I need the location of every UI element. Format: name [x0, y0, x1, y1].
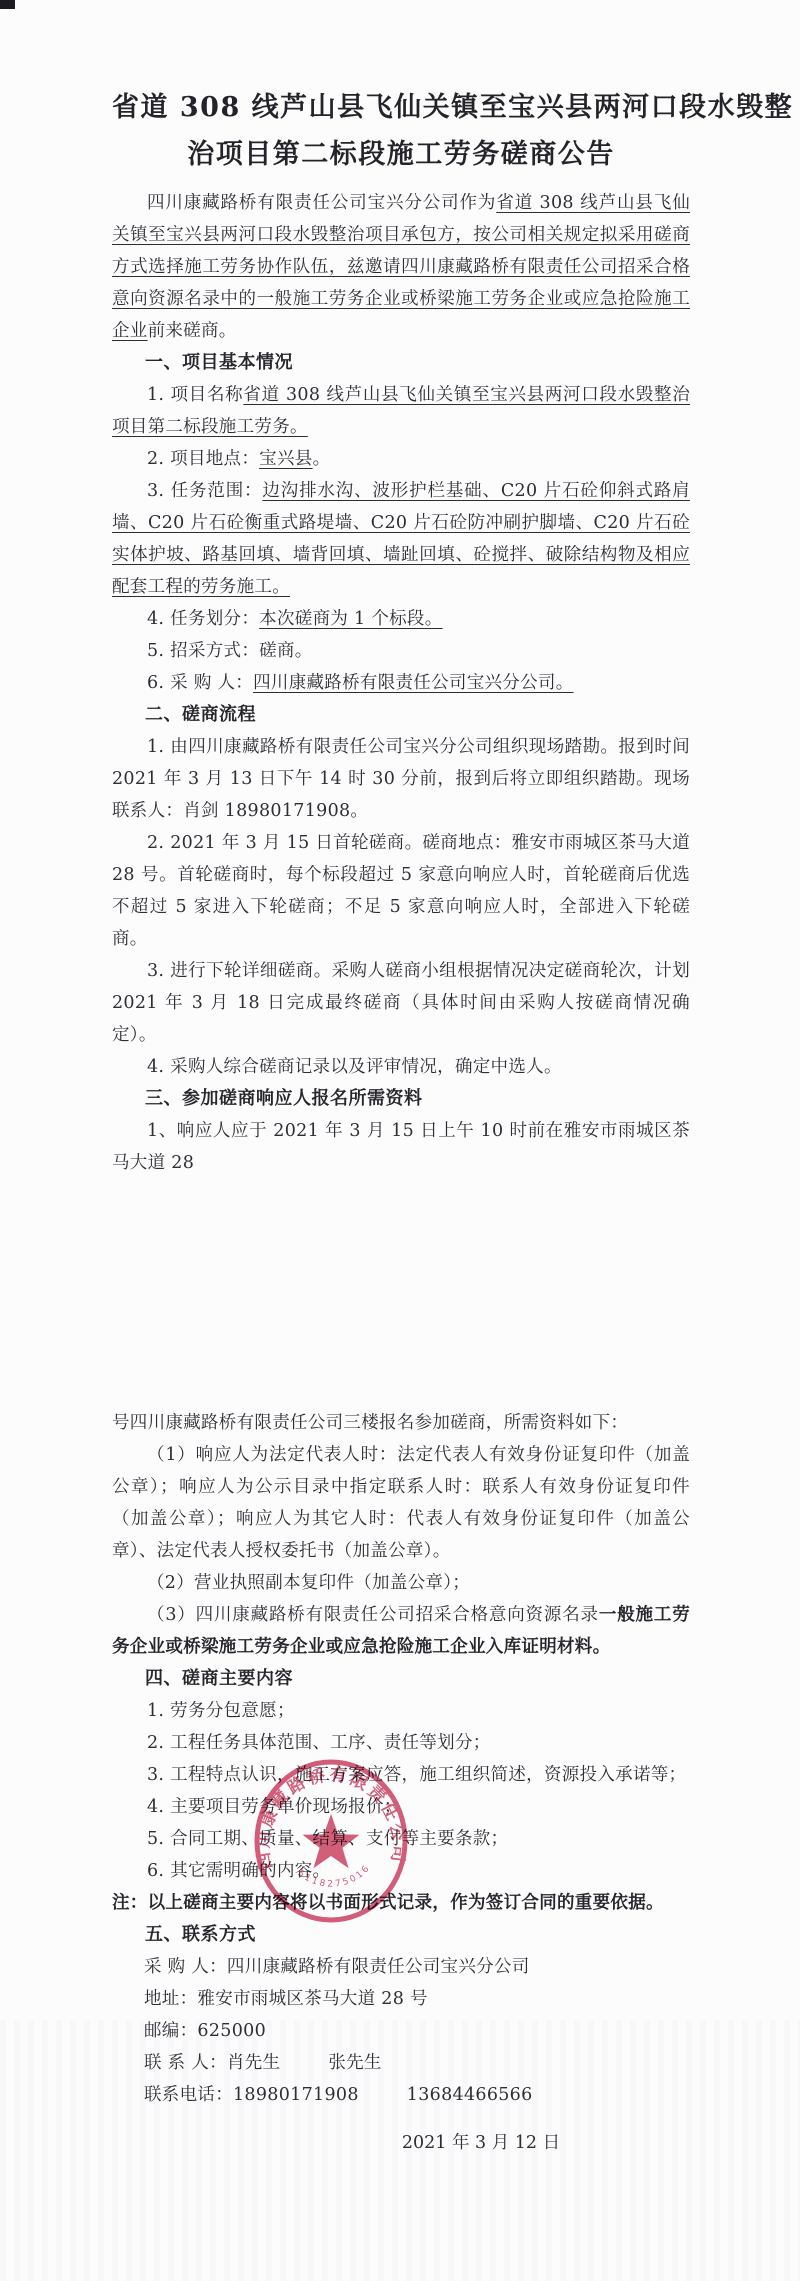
text-segment: 四川康藏路桥有限责任公司宝兴分公司作为 [147, 193, 496, 213]
text-segment: 联系电话：18980171908 [144, 2085, 359, 2105]
paragraph: 2. 2021 年 3 月 15 日首轮磋商。磋商地点：雅安市雨城区茶马大道 2… [112, 827, 690, 955]
paragraph: 2. 工程任务具体范围、工序、责任等划分； [112, 1727, 690, 1759]
text-segment: （3）四川康藏路桥有限责任公司招采合格意向资源名录 [147, 1605, 599, 1625]
paragraph: 4. 主要项目劳务单价现场报价； [112, 1791, 690, 1823]
section-heading: 三、参加磋商响应人报名所需资料 [145, 1083, 690, 1115]
text-segment: 地址：雅安市雨城区茶马大道 28 号 [144, 1989, 428, 2009]
text-segment: 4. 主要项目劳务单价现场报价； [147, 1797, 402, 1817]
paragraph: 3. 任务范围：边沟排水沟、波形护栏基础、C20 片石砼仰斜式路肩墙、C20 片… [112, 475, 690, 603]
document-title-line: 省道 308 线芦山县飞仙关镇至宝兴县两河口段水毁整 [112, 84, 690, 131]
document-title: 省道 308 线芦山县飞仙关镇至宝兴县两河口段水毁整治项目第二标段施工劳务磋商公… [112, 84, 690, 178]
section-heading: 五、联系方式 [145, 1919, 690, 1951]
text-segment: 2. 工程任务具体范围、工序、责任等划分； [147, 1733, 491, 1753]
text-segment: 5. 合同工期、质量、结算、支付等主要条款； [147, 1829, 508, 1849]
paragraph: 5. 合同工期、质量、结算、支付等主要条款； [112, 1823, 690, 1855]
text-segment: 四川康藏路桥有限责任公司宝兴分公司。 [253, 673, 573, 693]
text-segment: （2）营业执照副本复印件（加盖公章）； [147, 1573, 470, 1593]
text-segment: 4. 任务划分： [147, 609, 259, 629]
text-segment: 2. 2021 年 3 月 15 日首轮磋商。磋商地点：雅安市雨城区茶马大道 2… [112, 833, 690, 949]
paragraph: 号四川康藏路桥有限责任公司三楼报名参加磋商，所需资料如下： [112, 1407, 690, 1439]
paragraph: 1. 由四川康藏路桥有限责任公司宝兴分公司组织现场踏勘。报到时间 2021 年 … [112, 731, 690, 827]
text-segment: 张先生 [328, 2053, 381, 2073]
paragraph: （1）响应人为法定代表人时：法定代表人有效身份证复印件（加盖公章）；响应人为公示… [112, 1439, 690, 1567]
text-segment: 1. 劳务分包意愿； [147, 1701, 295, 1721]
paragraph: 3. 工程特点认识，施工方案应答，施工组织简述，资源投入承诺等； [112, 1759, 690, 1791]
text-segment: 4. 采购人综合磋商记录以及评审情况，确定中选人。 [147, 1057, 562, 1077]
text-segment: 6. 其它需明确的内容。 [147, 1861, 330, 1881]
paragraph: 四川康藏路桥有限责任公司宝兴分公司作为省道 308 线芦山县飞仙关镇至宝兴县两河… [112, 187, 690, 347]
text-segment: 1. 项目名称 [147, 385, 243, 405]
paragraph: 2. 项目地点：宝兴县。 [112, 443, 690, 475]
contact-line: 地址：雅安市雨城区茶马大道 28 号 [144, 1983, 690, 2015]
contact-line: 邮编：625000 [144, 2015, 690, 2047]
text-segment: 3. 工程特点认识，施工方案应答，施工组织简述，资源投入承诺等； [147, 1765, 686, 1785]
scan-corner-artifact [0, 0, 15, 9]
paragraph: （2）营业执照副本复印件（加盖公章）； [112, 1567, 690, 1599]
document-date: 2021 年 3 月 12 日 [272, 2127, 690, 2159]
paragraph: 4. 任务划分：本次磋商为 1 个标段。 [112, 603, 690, 635]
contact-line: 联系电话：1898017190813684466566 [144, 2079, 690, 2111]
note-line: 注：以上磋商主要内容将以书面形式记录，作为签订合同的重要依据。 [112, 1887, 690, 1919]
paragraph: 1、响应人应于 2021 年 3 月 15 日上午 10 时前在雅安市雨城区茶马… [112, 1115, 690, 1179]
text-segment: 5. 招采方式：磋商。 [147, 641, 313, 661]
text-segment: 。 [313, 449, 331, 469]
paragraph: 5. 招采方式：磋商。 [112, 635, 690, 667]
paragraph: 6. 其它需明确的内容。 [112, 1855, 690, 1887]
text-segment: 采 购 人：四川康藏路桥有限责任公司宝兴分公司 [144, 1957, 530, 1977]
paragraph: 6. 采 购 人：四川康藏路桥有限责任公司宝兴分公司。 [112, 667, 690, 699]
section-heading: 四、磋商主要内容 [145, 1663, 690, 1695]
text-segment: 3. 任务范围： [147, 481, 262, 501]
text-segment: （1）响应人为法定代表人时：法定代表人有效身份证复印件（加盖公章）；响应人为公示… [112, 1445, 690, 1561]
document-title-line: 治项目第二标段施工劳务磋商公告 [112, 131, 690, 178]
contact-line: 采 购 人：四川康藏路桥有限责任公司宝兴分公司 [144, 1951, 690, 1983]
text-segment: 1、响应人应于 2021 年 3 月 15 日上午 10 时前在雅安市雨城区茶马… [112, 1121, 690, 1173]
paragraph: 3. 进行下轮详细磋商。采购人磋商小组根据情况决定磋商轮次，计划 2021 年 … [112, 955, 690, 1051]
text-segment: 6. 采 购 人： [147, 673, 253, 693]
text-segment: 前来磋商。 [148, 321, 237, 341]
paragraph: 4. 采购人综合磋商记录以及评审情况，确定中选人。 [112, 1051, 690, 1083]
text-segment: 注：以上磋商主要内容将以书面形式记录，作为签订合同的重要依据。 [112, 1893, 664, 1913]
text-segment: 13684466566 [407, 2085, 533, 2105]
text-segment: 省道 308 线芦山县飞仙关镇至宝兴县两河口段水毁整治项目承包方，按公司相关规定… [112, 193, 690, 341]
text-segment: 宝兴县 [259, 449, 312, 469]
text-segment: 3. 进行下轮详细磋商。采购人磋商小组根据情况决定磋商轮次，计划 2021 年 … [112, 961, 690, 1045]
section-heading: 二、磋商流程 [145, 699, 690, 731]
text-segment: 2. 项目地点： [147, 449, 259, 469]
text-segment: 本次磋商为 1 个标段。 [259, 609, 442, 629]
text-segment: 联 系 人：肖先生 [144, 2053, 280, 2073]
document-page: 省道 308 线芦山县飞仙关镇至宝兴县两河口段水毁整治项目第二标段施工劳务磋商公… [0, 0, 800, 2281]
contact-line: 联 系 人：肖先生张先生 [144, 2047, 690, 2079]
document-body: 省道 308 线芦山县飞仙关镇至宝兴县两河口段水毁整治项目第二标段施工劳务磋商公… [112, 84, 690, 2159]
page-break-gap [112, 1179, 690, 1407]
text-segment: 邮编：625000 [144, 2021, 266, 2041]
text-segment: 号四川康藏路桥有限责任公司三楼报名参加磋商，所需资料如下： [112, 1413, 628, 1433]
text-segment: 1. 由四川康藏路桥有限责任公司宝兴分公司组织现场踏勘。报到时间 2021 年 … [112, 737, 690, 821]
paragraph: （3）四川康藏路桥有限责任公司招采合格意向资源名录一般施工劳务企业或桥梁施工劳务… [112, 1599, 690, 1663]
section-heading: 一、项目基本情况 [145, 347, 690, 379]
paragraph: 1. 项目名称省道 308 线芦山县飞仙关镇至宝兴县两河口段水毁整治项目第二标段… [112, 379, 690, 443]
paragraph: 1. 劳务分包意愿； [112, 1695, 690, 1727]
